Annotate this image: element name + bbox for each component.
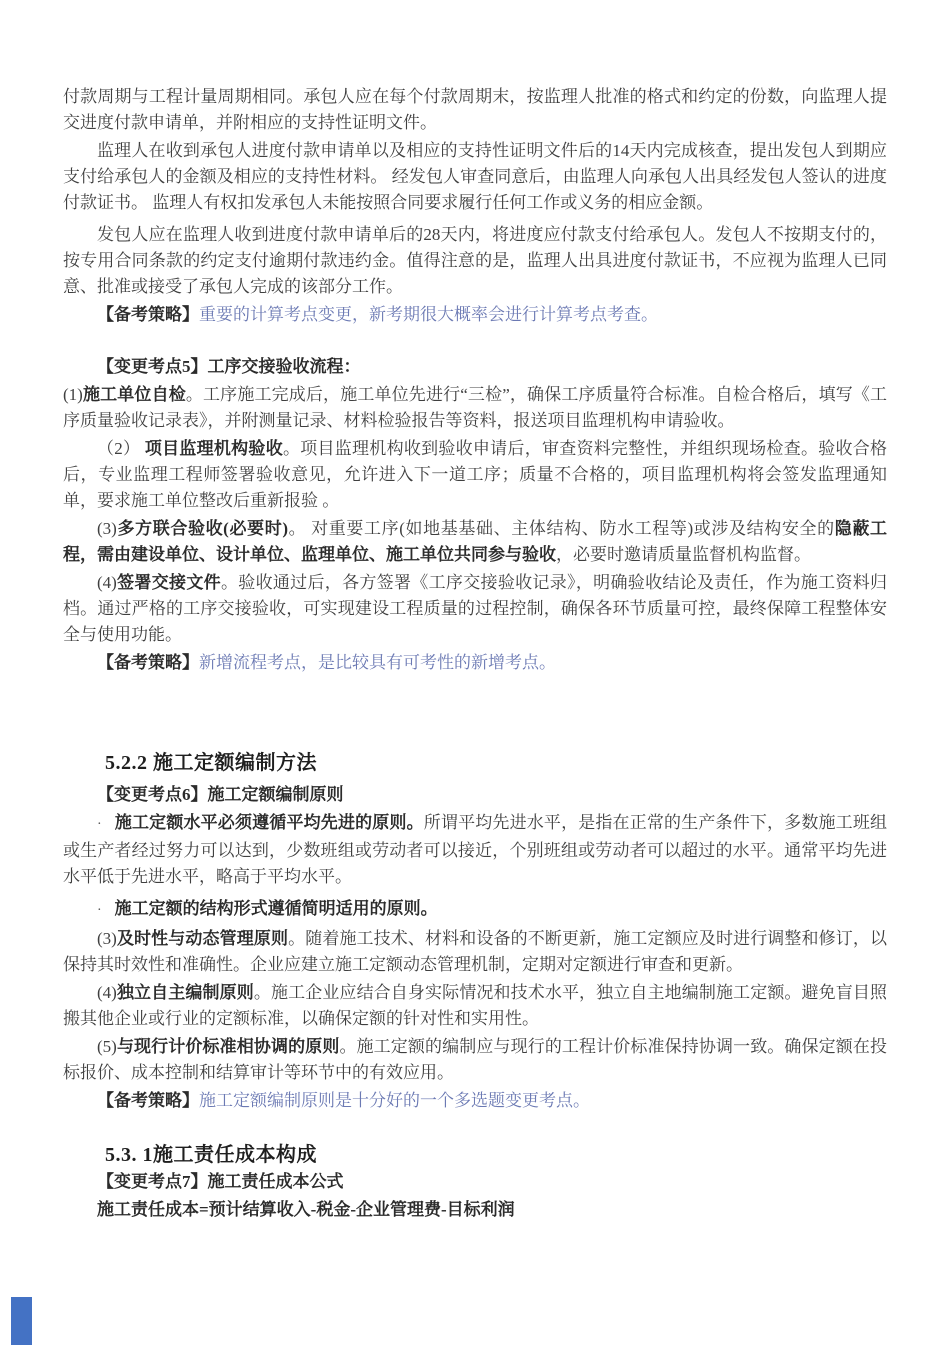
text-segment: 项目监理机构验收 [145,439,283,458]
text-segment: 新增流程考点，是比较具有可考性的新增考点。 [199,653,556,672]
paragraph: (4)独立自主编制原则。施工企业应结合自身实际情况和技术水平，独立自主地编制施工… [63,980,887,1032]
text-segment: 【备考策略】 [97,305,199,324]
paragraph: 发包人应在监理人收到进度付款申请单后的28天内，将进度应付款支付给承包人。发包人… [63,222,887,300]
text-segment: 多方联合验收(必要时) [117,519,288,538]
keypoint-heading: 【变更考点6】施工定额编制原则 [63,782,887,808]
paragraph: （2） 项目监理机构验收。项目监理机构收到验收申请后，审查资料完整性，并组织现场… [63,436,887,514]
text-segment: 5.3. 1施工责任成本构成 [105,1144,317,1166]
section-heading: 5.3. 1施工责任成本构成 [63,1141,887,1169]
paragraph: (5)与现行计价标准相协调的原则。施工定额的编制应与现行的工程计价标准保持协调一… [63,1034,887,1086]
paragraph: (3)多方联合验收(必要时)。 对重要工序(如地基基础、主体结构、防水工程等)或… [63,516,887,568]
text-segment: （2） [97,439,145,458]
text-segment: 付款周期与工程计量周期相同。承包人应在每个付款周期末，按监理人批准的格式和约定的… [63,87,887,132]
text-segment: 及时性与动态管理原则 [117,929,288,948]
text-segment: 5.2.2 施工定额编制方法 [105,752,317,774]
text-segment: 监理人在收到承包人进度付款申请单以及相应的支持性证明文件后的14天内完成核查，提… [63,141,887,212]
text-segment: 施工责任成本=预计结算收入-税金-企业管理费-目标利润 [97,1200,515,1219]
text-segment: 发包人应在监理人收到进度付款申请单后的28天内，将进度应付款支付给承包人。发包人… [63,225,887,296]
text-segment: 【变更考点5】工序交接验收流程： [97,357,361,376]
paragraph: 付款周期与工程计量周期相同。承包人应在每个付款周期末，按监理人批准的格式和约定的… [63,84,887,136]
text-segment: 【变更考点7】施工责任成本公式 [97,1172,344,1191]
text-segment: (4) [97,573,117,592]
text-segment: (4) [97,983,117,1002]
text-segment: 【变更考点6】施工定额编制原则 [97,785,344,804]
text-segment: 重要的计算考点变更，新考期很大概率会进行计算考点考查。 [199,305,658,324]
text-segment: (5) [97,1037,117,1056]
strategy-note: 【备考策略】新增流程考点，是比较具有可考性的新增考点。 [63,650,887,676]
strategy-note: 【备考策略】施工定额编制原则是十分好的一个多选题变更考点。 [63,1088,887,1114]
text-segment: 。 对重要工序(如地基基础、主体结构、防水工程等)或涉及结构安全的 [288,519,835,538]
text-segment: 施工单位自检 [83,385,186,404]
text-segment: (3) [97,519,117,538]
text-segment: (1) [63,385,83,404]
paragraph: (4)签署交接文件。验收通过后，各方签署《工序交接验收记录》，明确验收结论及责任… [63,570,887,648]
keypoint-heading: 【变更考点5】工序交接验收流程： [63,354,887,380]
text-segment: 施工定额的结构形式遵循简明适用的原则。 [115,899,438,918]
formula-line: 施工责任成本=预计结算收入-税金-企业管理费-目标利润 [63,1197,887,1223]
document-content: 付款周期与工程计量周期相同。承包人应在每个付款周期末，按监理人批准的格式和约定的… [0,0,950,1223]
keypoint-heading: 【变更考点7】施工责任成本公式 [63,1169,887,1195]
text-segment: ，必要时邀请质量监督机构监督。 [556,545,811,564]
paragraph: 监理人在收到承包人进度付款申请单以及相应的支持性证明文件后的14天内完成核查，提… [63,138,887,216]
text-segment: 【备考策略】 [97,653,199,672]
text-segment: 施工定额水平必须遵循平均先进的原则。 [115,813,424,832]
paragraph: (1)施工单位自检。工序施工完成后，施工单位先进行“三检”，确保工序质量符合标准… [63,382,887,434]
bullet-item: ·施工定额的结构形式遵循简明适用的原则。 [63,896,887,924]
text-segment: 与现行计价标准相协调的原则 [117,1037,340,1056]
bullet-dot: · [97,817,115,832]
text-segment: 独立自主编制原则 [117,983,254,1002]
text-segment: 施工定额编制原则是十分好的一个多选题变更考点。 [199,1091,590,1110]
blue-marker [11,1297,32,1345]
section-heading: 5.2.2 施工定额编制方法 [63,749,887,777]
text-segment: 【备考策略】 [97,1091,199,1110]
text-segment: 。工序施工完成后，施工单位先进行“三检”，确保工序质量符合标准。自检合格后，填写… [63,385,887,430]
document-page: 付款周期与工程计量周期相同。承包人应在每个付款周期末，按监理人批准的格式和约定的… [0,0,950,1345]
bullet-item: ·施工定额水平必须遵循平均先进的原则。所谓平均先进水平，是指在正常的生产条件下，… [63,810,887,890]
strategy-note: 【备考策略】重要的计算考点变更，新考期很大概率会进行计算考点考查。 [63,302,887,328]
text-segment: (3) [97,929,117,948]
text-segment: 签署交接文件 [117,573,221,592]
paragraph: (3)及时性与动态管理原则。随着施工技术、材料和设备的不断更新，施工定额应及时进… [63,926,887,978]
bullet-dot: · [97,903,115,918]
